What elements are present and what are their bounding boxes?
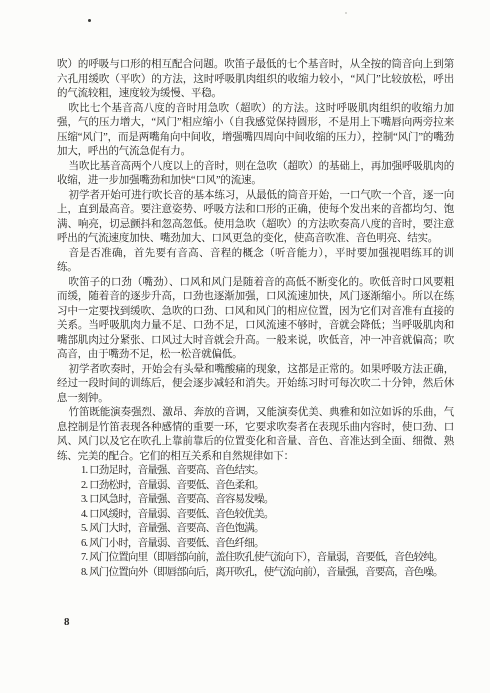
- list-item: 3. 口风急时，音量强、音要高、音容易发噪。: [81, 493, 454, 508]
- paragraph-two-octaves: 当吹比基音高两个八度以上的音时，则在急吹（超吹）的基础上，再加强呼吸肌肉的收缩，…: [57, 160, 454, 189]
- paragraph-beginner-fatigue: 初学者吹奏时，开始会有头晕和嘴酸痛的现象，这都是正常的。如果呼吸方法正确，经过一…: [57, 363, 454, 407]
- list-item: 4. 口风缓时，音量弱、音要低、音色较优美。: [81, 508, 454, 523]
- numbered-rule-list: 1. 口劲足时，音量强、音要高、音色结实。 2. 口劲松时，音量弱、音要低、音色…: [57, 464, 454, 580]
- page-number: 8: [64, 616, 70, 628]
- list-item: 7. 风门位置向里（即唇部向前，盖住吹孔使气流向下），音量弱，音要低，音色较纯。: [81, 551, 454, 566]
- paragraph-long-tone-practice: 初学者开始可进行吹长音的基本练习，从最低的筒音开始，一口气吹一个音，逐一向上，直…: [57, 189, 454, 247]
- list-item: 6. 风门小时，音量弱、音要低、音色纤细。: [81, 537, 454, 552]
- scanned-book-page: 吹）的呼吸与口形的相互配合问题。吹笛子最低的七个基音时，从全按的筒音向上到第六孔…: [0, 0, 490, 693]
- paragraph-embouchure-variation: 吹笛子的口劲（嘴劲）、口风和风门是随着音的高低不断变化的。吹低音时口风要粗而缓，…: [57, 276, 454, 363]
- paragraph-overblow-octave: 吹比七个基音高八度的音时用急吹（超吹）的方法。这时呼吸肌肉组织的收缩力加强，气的…: [57, 102, 454, 160]
- list-item: 8. 风门位置向外（即唇部向后，离开吹孔，使气流向前），音量强，音要高，音色噪。: [81, 566, 454, 581]
- list-item: 2. 口劲松时，音量弱、音要低、音色柔和。: [81, 479, 454, 494]
- scan-speckle: [88, 19, 91, 22]
- paragraph-continuation: 吹）的呼吸与口形的相互配合问题。吹笛子最低的七个基音时，从全按的筒音向上到第六孔…: [57, 58, 454, 102]
- paragraph-pitch-accuracy: 音是否准确，首先要有音高、音程的概念（听音能力），平时要加强视唱练耳的训练。: [57, 247, 454, 276]
- paragraph-breath-control-intro: 竹笛既能演奏强烈、激昂、奔放的音调，又能演奏优美、典雅和如泣如诉的乐曲，气息控制…: [57, 406, 454, 464]
- scan-speckle: [345, 12, 347, 14]
- text-column: 吹）的呼吸与口形的相互配合问题。吹笛子最低的七个基音时，从全按的筒音向上到第六孔…: [57, 58, 454, 580]
- list-item: 5. 风门大时，音量强、音要高、音色饱满。: [81, 522, 454, 537]
- list-item: 1. 口劲足时，音量强、音要高、音色结实。: [81, 464, 454, 479]
